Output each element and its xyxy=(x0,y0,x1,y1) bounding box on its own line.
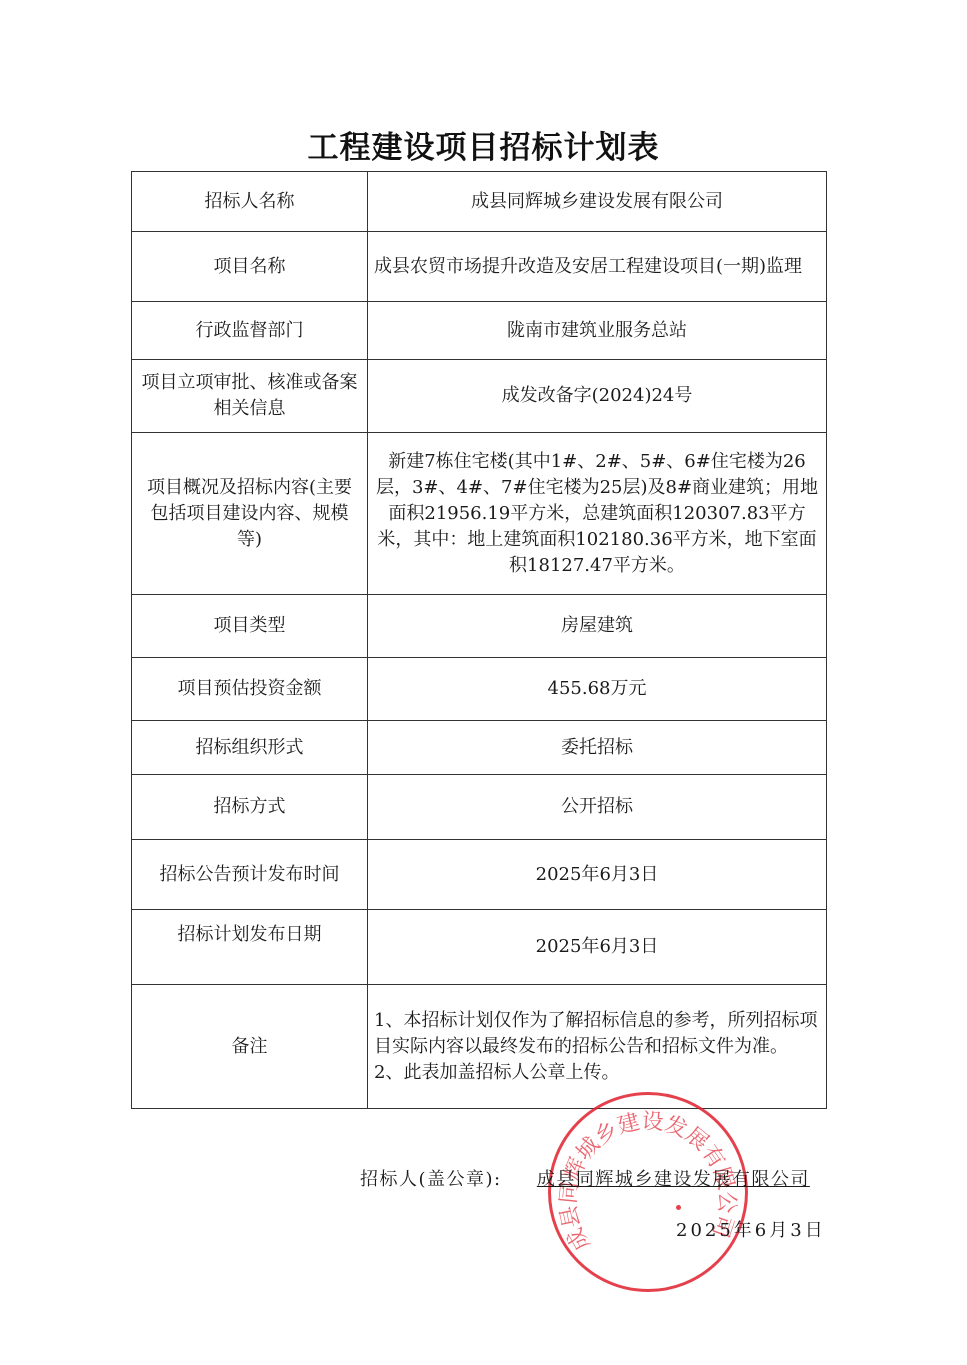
row-value: 新建7栋住宅楼(其中1#、2#、5#、6#住宅楼为26层，3#、4#、7#住宅楼… xyxy=(368,433,827,595)
remark-line: 2、此表加盖招标人公章上传。 xyxy=(374,1060,820,1086)
remark-line: 1、本招标计划仅作为了解招标信息的参考，所列招标项目实际内容以最终发布的招标公告… xyxy=(374,1008,820,1060)
page-title: 工程建设项目招标计划表 xyxy=(0,122,967,167)
seal-icon: 成县同辉城乡建设发展有限公司 xyxy=(551,1095,745,1289)
seal-dot xyxy=(676,1205,681,1210)
row-label: 项目类型 xyxy=(132,595,368,658)
table-row: 招标方式 公开招标 xyxy=(132,775,827,840)
row-label: 项目名称 xyxy=(132,232,368,302)
table-row: 招标人名称 成县同辉城乡建设发展有限公司 xyxy=(132,172,827,232)
row-value: 2025年6月3日 xyxy=(368,840,827,910)
signature-label: 招标人(盖公章): xyxy=(360,1169,502,1190)
row-value: 成县农贸市场提升改造及安居工程建设项目(一期)监理 xyxy=(368,232,827,302)
row-label: 招标公告预计发布时间 xyxy=(132,840,368,910)
row-value: 成发改备字(2024)24号 xyxy=(368,360,827,433)
signature-block: 招标人(盖公章): 成县同辉城乡建设发展有限公司 xyxy=(360,1165,810,1191)
row-value: 455.68万元 xyxy=(368,658,827,721)
table-row: 备注 1、本招标计划仅作为了解招标信息的参考，所列招标项目实际内容以最终发布的招… xyxy=(132,985,827,1109)
row-label: 项目立项审批、核准或备案相关信息 xyxy=(132,360,368,433)
row-label: 招标人名称 xyxy=(132,172,368,232)
signature-date: 2025年6月3日 xyxy=(676,1216,826,1242)
row-label: 备注 xyxy=(132,985,368,1109)
table-row: 招标计划发布日期 2025年6月3日 xyxy=(132,910,827,985)
row-label: 行政监督部门 xyxy=(132,302,368,360)
table-row: 项目概况及招标内容(主要包括项目建设内容、规模等) 新建7栋住宅楼(其中1#、2… xyxy=(132,433,827,595)
company-seal: 成县同辉城乡建设发展有限公司 xyxy=(548,1092,748,1292)
row-label: 项目概况及招标内容(主要包括项目建设内容、规模等) xyxy=(132,433,368,595)
table-row: 项目名称 成县农贸市场提升改造及安居工程建设项目(一期)监理 xyxy=(132,232,827,302)
table-row: 行政监督部门 陇南市建筑业服务总站 xyxy=(132,302,827,360)
table-row: 招标公告预计发布时间 2025年6月3日 xyxy=(132,840,827,910)
row-label: 招标计划发布日期 xyxy=(132,910,368,985)
table-row: 项目预估投资金额 455.68万元 xyxy=(132,658,827,721)
row-label: 招标组织形式 xyxy=(132,721,368,775)
row-value: 成县同辉城乡建设发展有限公司 xyxy=(368,172,827,232)
row-value: 陇南市建筑业服务总站 xyxy=(368,302,827,360)
row-label: 项目预估投资金额 xyxy=(132,658,368,721)
signature-company: 成县同辉城乡建设发展有限公司 xyxy=(537,1169,810,1190)
table-row: 招标组织形式 委托招标 xyxy=(132,721,827,775)
table-row: 项目类型 房屋建筑 xyxy=(132,595,827,658)
row-value-remarks: 1、本招标计划仅作为了解招标信息的参考，所列招标项目实际内容以最终发布的招标公告… xyxy=(368,985,827,1109)
bidding-plan-table: 招标人名称 成县同辉城乡建设发展有限公司 项目名称 成县农贸市场提升改造及安居工… xyxy=(131,171,827,1109)
row-value: 委托招标 xyxy=(368,721,827,775)
row-value: 房屋建筑 xyxy=(368,595,827,658)
row-label: 招标方式 xyxy=(132,775,368,840)
row-value: 2025年6月3日 xyxy=(368,910,827,985)
row-value: 公开招标 xyxy=(368,775,827,840)
table-row: 项目立项审批、核准或备案相关信息 成发改备字(2024)24号 xyxy=(132,360,827,433)
